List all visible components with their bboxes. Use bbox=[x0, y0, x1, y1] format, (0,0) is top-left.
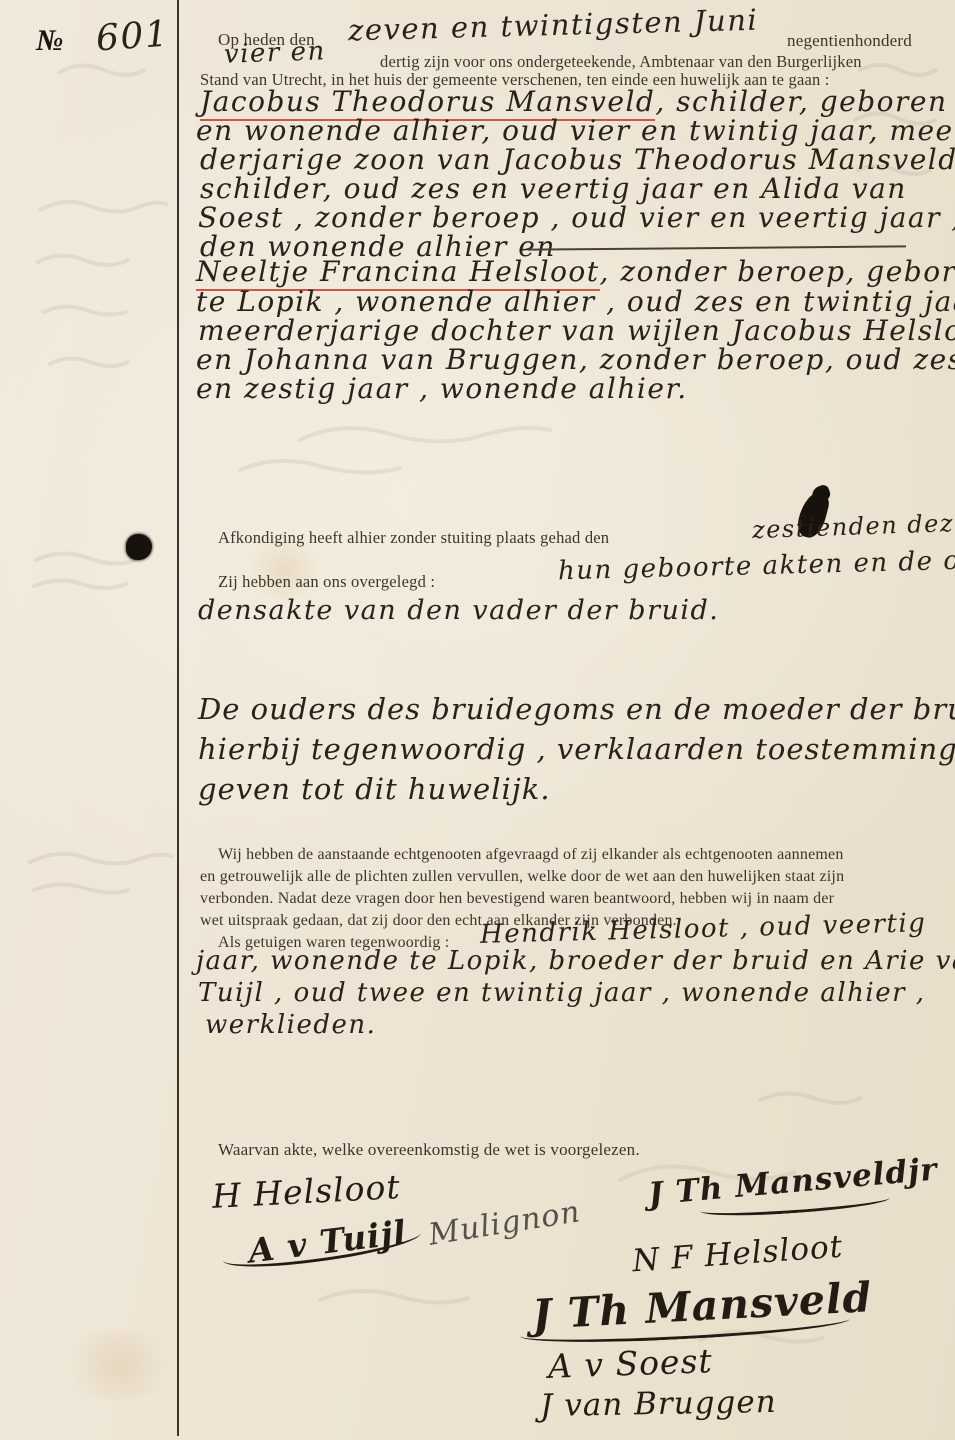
vows-line-1: Wij hebben de aanstaande echtgenooten af… bbox=[218, 846, 844, 864]
bride-line-2: te Lopik , wonende alhier , oud zes en t… bbox=[196, 288, 955, 316]
witness-line-3: Tuijl , oud twee en twintig jaar , wonen… bbox=[198, 980, 926, 1006]
signature-ambtenaar: Mulignon bbox=[426, 1194, 583, 1253]
handwritten-date: zeven en twintigsten Juni bbox=[348, 3, 759, 48]
witness-line-2: jaar, wonende te Lopik, broeder der brui… bbox=[196, 948, 955, 974]
margin-rule bbox=[177, 0, 179, 1436]
printed-opening-line-2: dertig zijn voor ons ondergeteekende, Am… bbox=[380, 52, 862, 72]
printed-year-prefix: negentienhonderd bbox=[787, 31, 912, 51]
fill-in-strike-line bbox=[528, 245, 906, 250]
documents-handwritten-2: densakte van den vader der bruid. bbox=[198, 595, 719, 626]
vows-line-2: en getrouwelijk alle de plichten zullen … bbox=[200, 868, 844, 886]
bride-line-4: en Johanna van Bruggen, zonder beroep, o… bbox=[196, 346, 955, 374]
groom-line-1: Jacobus Theodorus Mansveld, schilder, ge… bbox=[200, 88, 948, 116]
bride-line-1-rest: , zonder beroep, geboren bbox=[600, 255, 955, 288]
signature-mother-bride: J van Bruggen bbox=[540, 1384, 777, 1424]
signature-bride: N F Helsloot bbox=[631, 1229, 844, 1280]
ink-blot-margin bbox=[126, 534, 152, 560]
paper-stain bbox=[60, 1330, 180, 1400]
signature-h-helsloot: H Helsloot bbox=[211, 1167, 401, 1216]
documents-handwritten-1: hun geboorte akten en de overlij. bbox=[558, 546, 955, 585]
groom-line-3: derjarige zoon van Jacobus Theodorus Man… bbox=[200, 146, 955, 174]
act-number-label: № bbox=[36, 24, 63, 58]
witness-line-4: werklieden. bbox=[205, 1012, 376, 1038]
bride-line-3: meerderjarige dochter van wijlen Jacobus… bbox=[198, 317, 955, 345]
announcement-printed: Afkondiging heeft alhier zonder stuiting… bbox=[218, 528, 609, 548]
groom-line-2: en wonende alhier, oud vier en twintig j… bbox=[196, 117, 955, 145]
bride-line-5: en zestig jaar , wonende alhier. bbox=[196, 375, 688, 403]
signature-mother-groom: A v Soest bbox=[547, 1341, 713, 1386]
groom-line-4: schilder, oud zes en veertig jaar en Ali… bbox=[200, 175, 907, 203]
consent-line-1: De ouders des bruidegoms en de moeder de… bbox=[198, 692, 955, 726]
marriage-certificate-page: № 601 Op heden den zeven en twintigsten … bbox=[0, 0, 955, 1440]
documents-printed: Zij hebben aan ons overgelegd : bbox=[218, 572, 435, 592]
handwritten-year: vier en bbox=[224, 36, 327, 70]
announcement-handwritten: zestienden dezer. bbox=[752, 508, 955, 544]
act-number-value: 601 bbox=[95, 13, 171, 59]
consent-line-2: hierbij tegenwoordig , verklaarden toest… bbox=[198, 732, 955, 766]
consent-line-3: geven tot dit huwelijk. bbox=[198, 772, 551, 806]
vows-line-3: verbonden. Nadat deze vragen door hen be… bbox=[200, 890, 834, 908]
bride-line-1: Neeltje Francina Helsloot, zonder beroep… bbox=[196, 258, 955, 286]
groom-line-5: Soest , zonder beroep , oud vier en veer… bbox=[198, 204, 955, 232]
closing-printed: Waarvan akte, welke overeenkomstig de we… bbox=[218, 1140, 640, 1160]
